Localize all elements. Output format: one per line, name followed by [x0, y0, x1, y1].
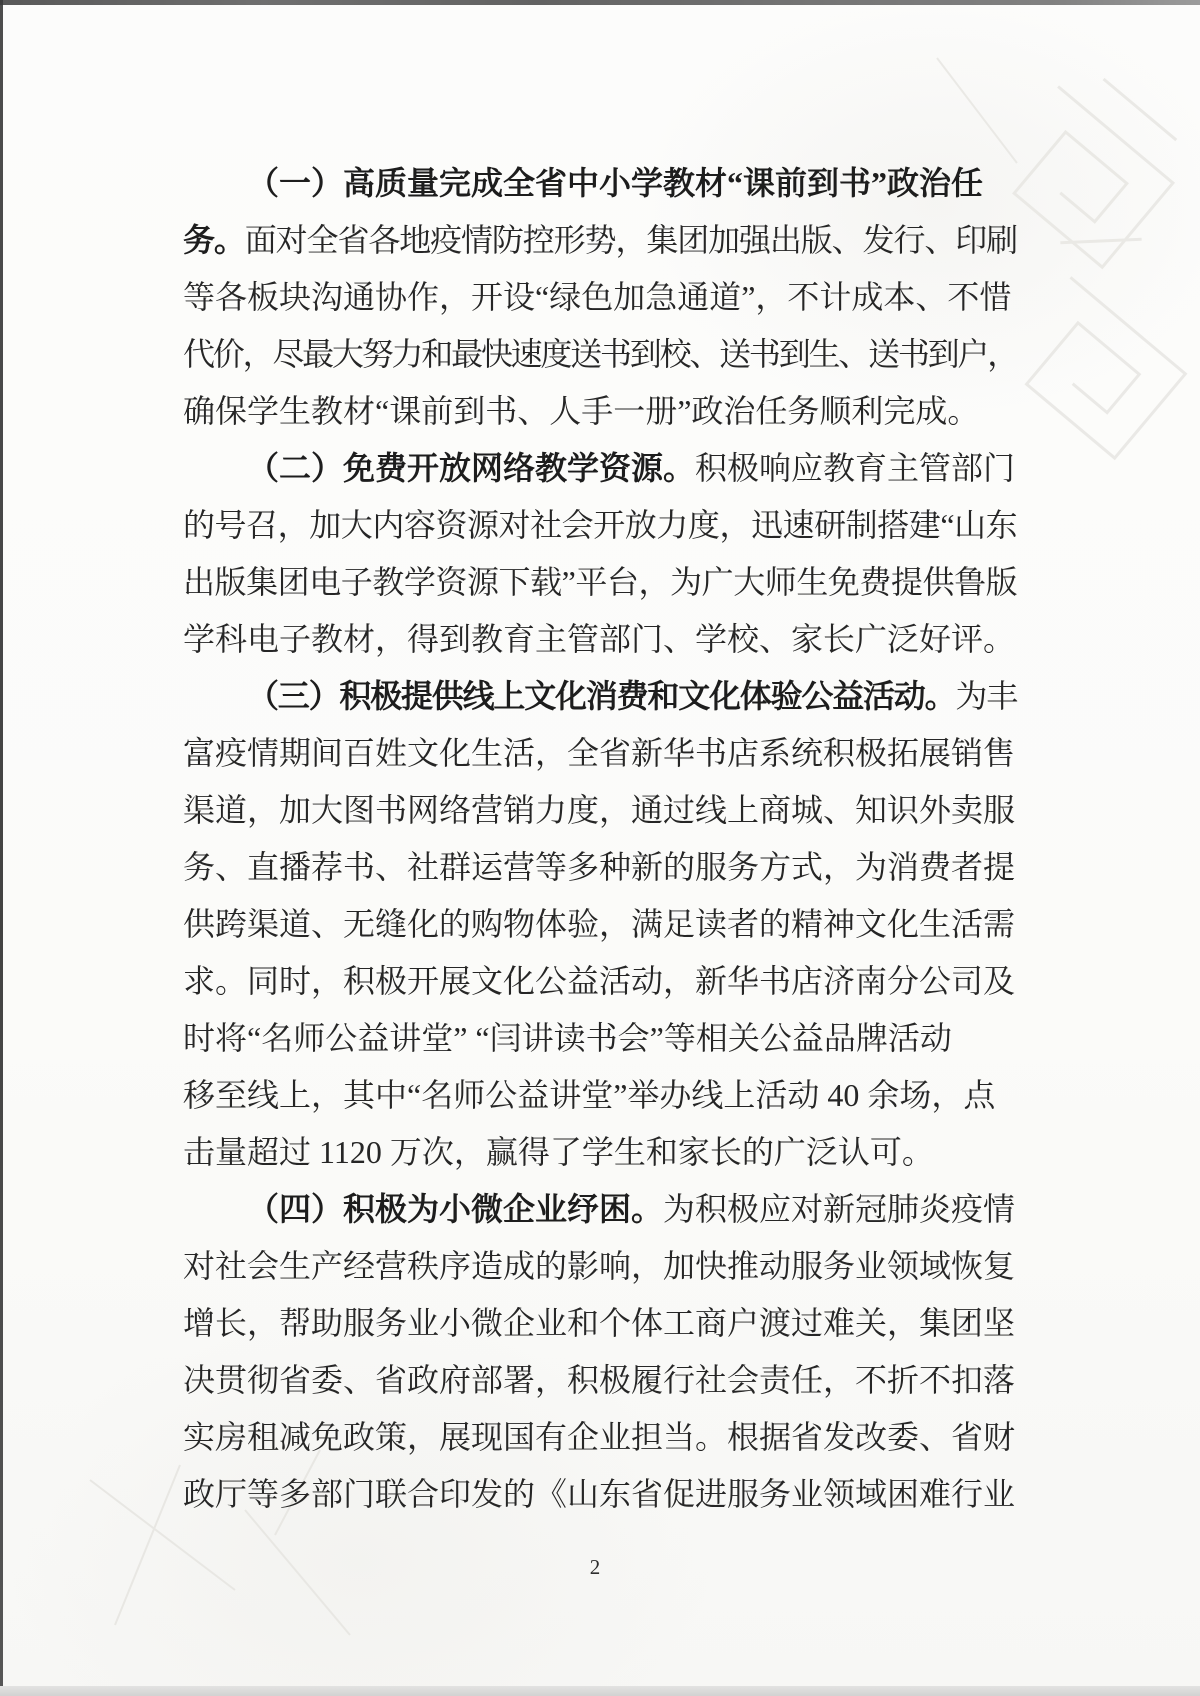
- bold-text-segment: 务。: [183, 222, 245, 258]
- text-segment: 面对全省各地疫情防控形势，集团加强出版、发行、印刷: [245, 222, 1017, 258]
- text-line: （三）积极提供线上文化消费和文化体验公益活动。为丰: [183, 668, 1017, 725]
- text-segment: 时将“名师公益讲堂” “闫讲读书会”等相关公益品牌活动: [183, 1020, 952, 1056]
- text-segment: 代价，尽最大努力和最快速度送书到校、送书到生、送书到户，: [183, 336, 1017, 372]
- text-segment: 的号召，加大内容资源对社会开放力度，迅速研制搭建“山东: [183, 507, 1017, 543]
- text-segment: 增长，帮助服务业小微企业和个体工商户渡过难关，集团坚: [183, 1305, 1015, 1341]
- text-line: 击量超过 1120 万次，赢得了学生和家长的广泛认可。: [183, 1124, 1017, 1181]
- text-segment: 决贯彻省委、省政府部署，积极履行社会责任，不折不扣落: [183, 1362, 1015, 1398]
- text-line: 代价，尽最大努力和最快速度送书到校、送书到生、送书到户，: [183, 326, 1017, 383]
- text-segment: 学科电子教材，得到教育主管部门、学校、家长广泛好评。: [183, 621, 1015, 657]
- text-line: 富疫情期间百姓文化生活，全省新华书店系统积极拓展销售: [183, 725, 1017, 782]
- text-line: 确保学生教材“课前到书、人手一册”政治任务顺利完成。: [183, 383, 1017, 440]
- text-line: 决贯彻省委、省政府部署，积极履行社会责任，不折不扣落: [183, 1352, 1017, 1409]
- scan-edge-left: [0, 0, 3, 1686]
- scan-edge-top: [0, 0, 1200, 5]
- scan-edge-bottom: [0, 1686, 1200, 1696]
- text-line: 学科电子教材，得到教育主管部门、学校、家长广泛好评。: [183, 611, 1017, 668]
- text-segment: 等各板块沟通协作，开设“绿色加急通道”，不计成本、不惜: [183, 279, 1011, 315]
- text-segment: 击量超过 1120 万次，赢得了学生和家长的广泛认可。: [183, 1134, 934, 1170]
- text-segment: 出版集团电子教学资源下载”平台，为广大师生免费提供鲁版: [183, 564, 1017, 600]
- text-segment: 政厅等多部门联合印发的《山东省促进服务业领域困难行业: [183, 1476, 1015, 1512]
- bold-text-segment: （四）积极为小微企业纾困。: [247, 1191, 663, 1227]
- text-line: 务、直播荐书、社群运营等多种新的服务方式，为消费者提: [183, 839, 1017, 896]
- text-segment: 渠道，加大图书网络营销力度，通过线上商城、知识外卖服: [183, 792, 1015, 828]
- text-line: 对社会生产经营秩序造成的影响，加快推动服务业领域恢复: [183, 1238, 1017, 1295]
- text-segment: 确保学生教材“课前到书、人手一册”政治任务顺利完成。: [183, 393, 979, 429]
- text-segment: 求。同时，积极开展文化公益活动，新华书店济南分公司及: [183, 963, 1015, 999]
- text-line: 增长，帮助服务业小微企业和个体工商户渡过难关，集团坚: [183, 1295, 1017, 1352]
- text-segment: 为丰: [955, 678, 1017, 714]
- page-number: 2: [0, 1556, 1190, 1578]
- text-segment: 积极响应教育主管部门: [695, 450, 1015, 486]
- text-line: 务。面对全省各地疫情防控形势，集团加强出版、发行、印刷: [183, 212, 1017, 269]
- text-line: （四）积极为小微企业纾困。为积极应对新冠肺炎疫情: [183, 1181, 1017, 1238]
- text-segment: 移至线上，其中“名师公益讲堂”举办线上活动 40 余场，点: [183, 1077, 995, 1113]
- text-line: 时将“名师公益讲堂” “闫讲读书会”等相关公益品牌活动: [183, 1010, 1017, 1067]
- text-line: 移至线上，其中“名师公益讲堂”举办线上活动 40 余场，点: [183, 1067, 1017, 1124]
- text-segment: 富疫情期间百姓文化生活，全省新华书店系统积极拓展销售: [183, 735, 1015, 771]
- text-segment: 对社会生产经营秩序造成的影响，加快推动服务业领域恢复: [183, 1248, 1015, 1284]
- bold-text-segment: （三）积极提供线上文化消费和文化体验公益活动。: [247, 678, 955, 714]
- text-line: 求。同时，积极开展文化公益活动，新华书店济南分公司及: [183, 953, 1017, 1010]
- text-line: 的号召，加大内容资源对社会开放力度，迅速研制搭建“山东: [183, 497, 1017, 554]
- text-line: 政厅等多部门联合印发的《山东省促进服务业领域困难行业: [183, 1466, 1017, 1523]
- bold-text-segment: （二）免费开放网络教学资源。: [247, 450, 695, 486]
- scanned-document-page: （一）高质量完成全省中小学教材“课前到书”政治任务。面对全省各地疫情防控形势，集…: [0, 0, 1200, 1696]
- text-line: 实房租减免政策，展现国有企业担当。根据省发改委、省财: [183, 1409, 1017, 1466]
- text-line: 出版集团电子教学资源下载”平台，为广大师生免费提供鲁版: [183, 554, 1017, 611]
- text-segment: 供跨渠道、无缝化的购物体验，满足读者的精神文化生活需: [183, 906, 1015, 942]
- text-line: 供跨渠道、无缝化的购物体验，满足读者的精神文化生活需: [183, 896, 1017, 953]
- bold-text-segment: （一）高质量完成全省中小学教材“课前到书”政治任: [247, 165, 983, 201]
- text-segment: 务、直播荐书、社群运营等多种新的服务方式，为消费者提: [183, 849, 1015, 885]
- text-line: 渠道，加大图书网络营销力度，通过线上商城、知识外卖服: [183, 782, 1017, 839]
- text-line: 等各板块沟通协作，开设“绿色加急通道”，不计成本、不惜: [183, 269, 1017, 326]
- text-segment: 实房租减免政策，展现国有企业担当。根据省发改委、省财: [183, 1419, 1015, 1455]
- text-segment: 为积极应对新冠肺炎疫情: [663, 1191, 1015, 1227]
- document-body: （一）高质量完成全省中小学教材“课前到书”政治任务。面对全省各地疫情防控形势，集…: [183, 155, 1017, 1523]
- text-line: （二）免费开放网络教学资源。积极响应教育主管部门: [183, 440, 1017, 497]
- text-line: （一）高质量完成全省中小学教材“课前到书”政治任: [183, 155, 1017, 212]
